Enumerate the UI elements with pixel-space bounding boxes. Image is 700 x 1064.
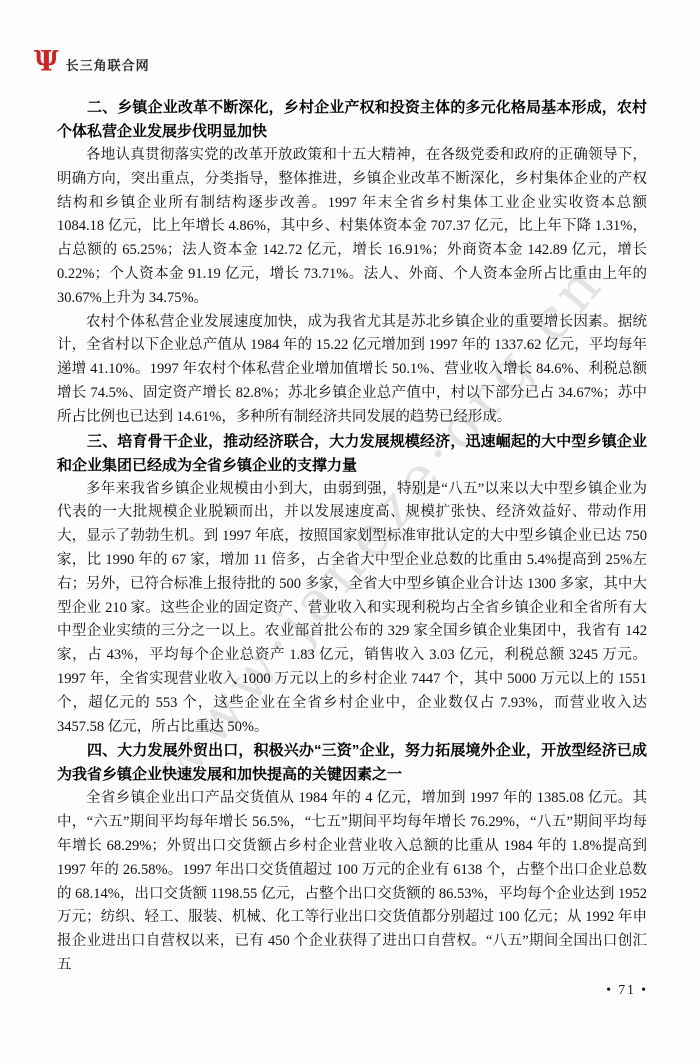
site-header: Ψ 长三角联合网 [34,48,150,75]
site-name: 长三角联合网 [66,49,150,74]
section-heading-2: 二、乡镇企业改革不断深化，乡村企业产权和投资主体的多元化格局基本形成，农村个体私… [57,96,647,144]
document-content: 二、乡镇企业改革不断深化，乡村企业产权和投资主体的多元化格局基本形成，农村个体私… [57,96,647,978]
paragraph: 全省乡镇企业出口产品交货值从 1984 年的 4 亿元，增加到 1997 年的 … [57,787,647,977]
document-page: Ψ 长三角联合网 www·janeze·org·cn 二、乡镇企业改革不断深化，… [0,0,700,1064]
paragraph: 农村个体私营企业发展速度加快，成为我省尤其是苏北乡镇企业的重要增长因素。据统计，… [57,311,647,430]
paragraph: 各地认真贯彻落实党的改革开放政策和十五大精神，在各级党委和政府的正确领导下，明确… [57,144,647,311]
site-logo-icon: Ψ [34,47,59,75]
page-number: • 71 • [606,982,648,998]
paragraph: 多年来我省乡镇企业规模由小到大，由弱到强，特别是“八五”以来以大中型乡镇企业为代… [57,478,647,740]
section-heading-3: 三、培育骨干企业，推动经济联合，大力发展规模经济，迅速崛起的大中型乡镇企业和企业… [57,430,647,478]
section-heading-4: 四、大力发展外贸出口，积极兴办“三资”企业，努力拓展境外企业，开放型经济已成为我… [57,739,647,787]
